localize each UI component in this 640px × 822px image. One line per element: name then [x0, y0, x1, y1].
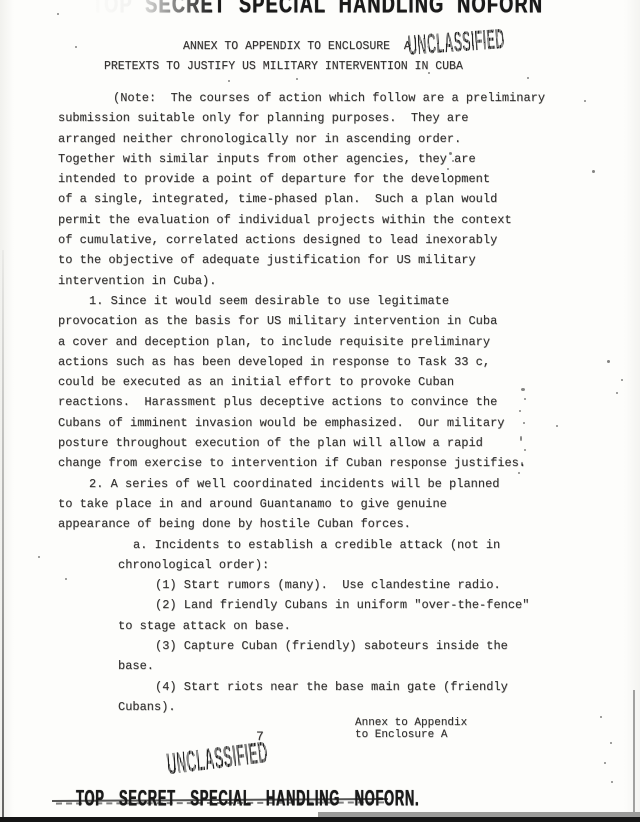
document-line: chronological order): [58, 555, 568, 575]
document-line: Cubans of imminent invasion would be emp… [58, 413, 568, 433]
document-line: (Note: The courses of action which follo… [58, 88, 568, 108]
scan-speck [452, 160, 454, 162]
document-line: a cover and deception plan, to include r… [58, 332, 568, 352]
scan-speck [604, 762, 606, 764]
scan-speck [520, 436, 522, 441]
document-line: (3) Capture Cuban (friendly) saboteurs i… [58, 636, 568, 656]
scan-speck [621, 379, 623, 381]
document-title-line2: PRETEXTS TO JUSTIFY US MILITARY INTERVEN… [104, 60, 463, 73]
scan-speck [296, 78, 298, 80]
scan-speck [523, 422, 525, 424]
footer-reference-line1: Annex to Appendix [355, 718, 467, 730]
document-line: Together with similar inputs from other … [58, 149, 568, 169]
unclassified-stamp-top: UNCLASSIFIED [407, 24, 506, 63]
document-line: to stage attack on base. [58, 616, 568, 636]
scanned-document-page: TOP SECRET SPECIAL HANDLING NOFORN UNCLA… [0, 0, 640, 822]
footer-reference-line2: to Enclosure A [355, 730, 467, 742]
scan-speck [527, 77, 529, 79]
document-line: Cubans). [58, 697, 568, 717]
scan-speck [607, 360, 610, 363]
document-line: (1) Start rumors (many). Use clandestine… [58, 575, 568, 595]
document-line: appearance of being done by hostile Cuba… [58, 514, 568, 534]
scan-speck [600, 716, 602, 718]
document-line: change from exercise to intervention if … [58, 453, 568, 473]
document-line: provocation as the basis for US military… [58, 311, 568, 331]
scan-edge-right-line [633, 690, 635, 822]
scan-speck [447, 168, 449, 170]
document-body: (Note: The courses of action which follo… [58, 88, 568, 717]
scan-speck [611, 781, 613, 783]
scan-speck [610, 742, 612, 744]
scan-speck [228, 80, 230, 82]
document-line: intervention in Cuba). [58, 271, 568, 291]
scan-speck [519, 410, 521, 412]
scan-speck [524, 398, 526, 400]
scan-speck [65, 578, 67, 580]
scan-speck [521, 462, 523, 466]
document-line: (2) Land friendly Cubans in uniform "ove… [58, 595, 568, 615]
document-line: to the objective of adequate justificati… [58, 250, 568, 270]
scan-speck [518, 472, 520, 474]
document-line: permit the evaluation of individual proj… [58, 210, 568, 230]
scan-speck [38, 556, 40, 558]
document-line: (4) Start riots near the base main gate … [58, 677, 568, 697]
document-line: of cumulative, correlated actions design… [58, 230, 568, 250]
document-line: submission suitable only for planning pu… [58, 108, 568, 128]
document-line: a. Incidents to establish a credible att… [58, 535, 568, 555]
scan-speck [584, 100, 586, 102]
scan-bottom-black-bar [0, 817, 640, 822]
header-fade-artifact [84, 0, 214, 22]
scan-edge-left-line [2, 250, 4, 822]
document-line: actions such as has been developed in re… [58, 352, 568, 372]
document-line: 2. A series of well coordinated incident… [58, 474, 568, 494]
document-line: of a single, integrated, time-phased pla… [58, 189, 568, 209]
scan-speck [428, 72, 430, 74]
document-line: intended to provide a point of departure… [58, 169, 568, 189]
scan-speck [450, 175, 452, 177]
document-line: 1. Since it would seem desirable to use … [58, 291, 568, 311]
scan-speck [449, 152, 452, 155]
document-line: could be executed as an initial effort t… [58, 372, 568, 392]
scan-speck [57, 13, 59, 15]
scan-speck [556, 425, 558, 427]
document-line: to take place in and around Guantanamo t… [58, 494, 568, 514]
scan-speck [521, 388, 525, 391]
scan-speck [592, 170, 595, 173]
document-line: posture throughout execution of the plan… [58, 433, 568, 453]
footer-reference: Annex to Appendix to Enclosure A [355, 718, 467, 741]
scan-speck [616, 392, 618, 394]
document-line: reactions. Harassment plus deceptive act… [58, 392, 568, 412]
scan-speck [524, 449, 526, 451]
scan-speck [75, 46, 77, 48]
unclassified-stamp-bottom: UNCLASSIFIED [165, 737, 270, 784]
document-line: base. [58, 656, 568, 676]
document-line: arranged neither chronologically nor in … [58, 129, 568, 149]
document-title-line1: ANNEX TO APPENDIX TO ENCLOSURE A [183, 40, 411, 53]
